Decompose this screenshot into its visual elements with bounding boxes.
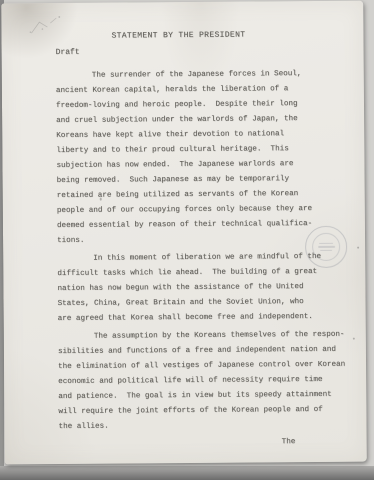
- text-line: tions.: [57, 232, 347, 249]
- paper-speck: [353, 338, 355, 340]
- scanner-edge-bottom: [0, 466, 374, 480]
- pencil-marks-icon: [23, 13, 93, 59]
- draft-label: Draft: [56, 45, 346, 58]
- text-line: difficult tasks which lie ahead. The bui…: [57, 265, 347, 282]
- paragraph: In this moment of liberation we are mind…: [57, 250, 348, 327]
- paper-speck: [100, 198, 102, 201]
- paper-speck: [357, 247, 359, 249]
- text-line: will require the joint efforts of the Ko…: [58, 403, 348, 420]
- text-line: the allies.: [58, 418, 348, 435]
- text-line: deemed essential by reason of their tech…: [57, 217, 347, 234]
- scanned-document-page: STATEMENT BY THE PRESIDENT Draft The sur…: [0, 0, 374, 480]
- paragraph: The assumption by the Koreans themselves…: [58, 328, 349, 435]
- archival-stamp-icon: [305, 226, 347, 268]
- paper: STATEMENT BY THE PRESIDENT Draft The sur…: [1, 1, 367, 465]
- catchword: The: [282, 435, 349, 451]
- document-title: STATEMENT BY THE PRESIDENT: [111, 29, 345, 42]
- archival-stamp-center: [312, 233, 340, 261]
- paragraph: The surrender of the Japanese forces in …: [56, 67, 347, 249]
- text-line: are agreed that Korea shall become free …: [58, 310, 348, 327]
